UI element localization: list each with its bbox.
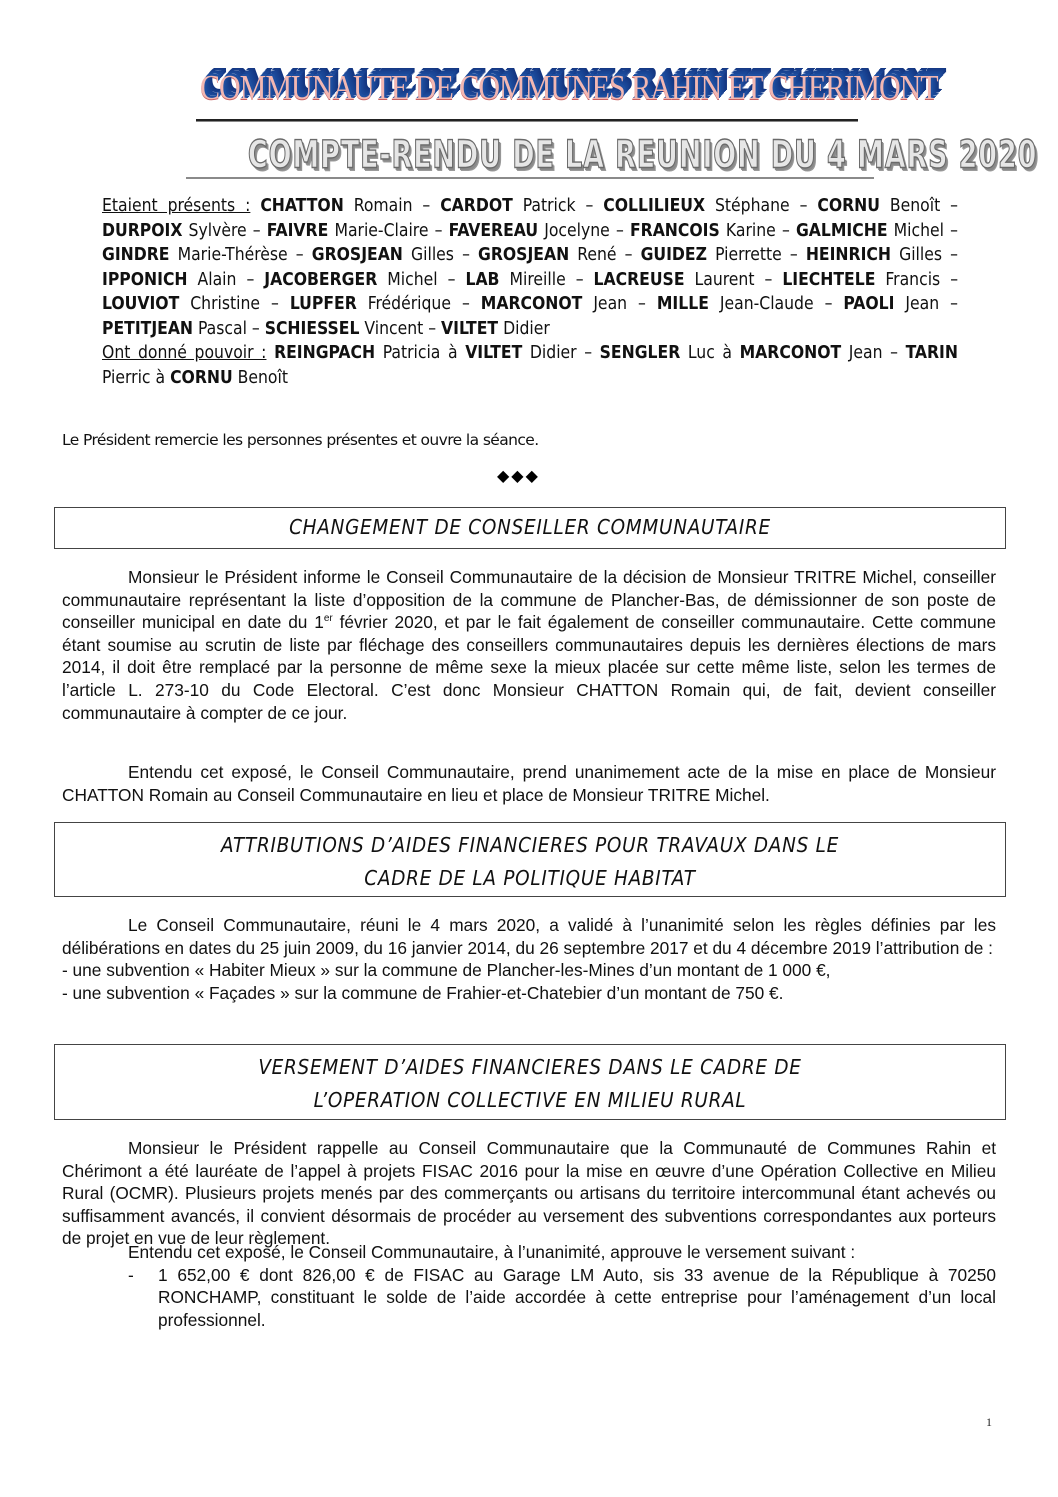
- page-number: 1: [986, 1415, 992, 1430]
- payment-text: 1 652,00 € dont 826,00 € de FISAC au Gar…: [158, 1264, 996, 1332]
- proxy-from-name: SENGLER: [600, 343, 681, 363]
- member-last-name: LUPFER: [290, 294, 357, 314]
- list-dash: -: [128, 1264, 158, 1332]
- document-page: COMMUNAUTE DE COMMUNES RAHIN ET CHERIMON…: [0, 0, 1058, 1497]
- member-last-name: GINDRE: [102, 245, 169, 265]
- member-last-name: CORNU: [817, 196, 880, 216]
- section-title-line: VERSEMENT D’AIDES FINANCIERES DANS LE CA…: [93, 1051, 967, 1084]
- paragraph-text: Entendu cet exposé, le Conseil Communaut…: [62, 1241, 996, 1264]
- paragraph-text: Monsieur le Président rappelle au Consei…: [62, 1137, 996, 1250]
- member-last-name: LACREUSE: [594, 270, 685, 290]
- section-heading-habitat: ATTRIBUTIONS D’AIDES FINANCIERES POUR TR…: [54, 822, 1006, 897]
- proxy-to-name: VILTET: [465, 343, 522, 363]
- section-title-line: CHANGEMENT DE CONSEILLER COMMUNAUTAIRE: [93, 515, 967, 539]
- member-last-name: IPPONICH: [102, 270, 188, 290]
- member-last-name: SCHIESSEL: [265, 319, 360, 339]
- diamond-separator-icon: ◆◆◆: [497, 466, 540, 485]
- member-last-name: FAVEREAU: [449, 221, 538, 241]
- title-divider: [186, 177, 874, 179]
- organization-banner: COMMUNAUTE DE COMMUNES RAHIN ET CHERIMON…: [200, 63, 858, 114]
- attendance-block: Etaient présents : CHATTON Romain – CARD…: [102, 194, 958, 390]
- proxy-to-name: MARCONOT: [740, 343, 842, 363]
- member-last-name: GROSJEAN: [312, 245, 403, 265]
- superscript: er: [324, 613, 333, 624]
- member-last-name: FRANCOIS: [630, 221, 720, 241]
- present-list: Etaient présents : CHATTON Romain – CARD…: [102, 194, 958, 341]
- member-last-name: GALMICHE: [796, 221, 888, 241]
- paragraph-text: Entendu cet exposé, le Conseil Communaut…: [62, 761, 996, 806]
- subsidy-list: - une subvention « Habiter Mieux » sur l…: [62, 959, 996, 1004]
- member-last-name: GROSJEAN: [478, 245, 569, 265]
- subsidy-item: - une subvention « Habiter Mieux » sur l…: [62, 959, 996, 982]
- proxy-from-name: TARIN: [906, 343, 958, 363]
- section-paragraph: Entendu cet exposé, le Conseil Communaut…: [62, 1241, 996, 1331]
- section-heading-ocmr: VERSEMENT D’AIDES FINANCIERES DANS LE CA…: [54, 1044, 1006, 1120]
- member-last-name: CARDOT: [440, 196, 513, 216]
- member-last-name: CHATTON: [260, 196, 343, 216]
- section-paragraph: Monsieur le Président informe le Conseil…: [62, 566, 996, 724]
- member-last-name: JACOBERGER: [264, 270, 377, 290]
- section-paragraph: Monsieur le Président rappelle au Consei…: [62, 1137, 996, 1250]
- paragraph-text: Monsieur le Président informe le Conseil…: [62, 566, 996, 724]
- banner-divider: [196, 119, 858, 122]
- member-last-name: MILLE: [657, 294, 709, 314]
- report-title: COMPTE-RENDU DE LA REUNION DU 4 MARS 202…: [248, 131, 812, 179]
- section-title-line: L’OPERATION COLLECTIVE EN MILIEU RURAL: [93, 1084, 967, 1117]
- payment-item: - 1 652,00 € dont 826,00 € de FISAC au G…: [128, 1264, 996, 1332]
- opening-statement: Le Président remercie les personnes prés…: [62, 431, 539, 449]
- section-heading-conseiller: CHANGEMENT DE CONSEILLER COMMUNAUTAIRE: [54, 507, 1006, 549]
- proxy-from-name: REINGPACH: [274, 343, 375, 363]
- present-label: Etaient présents :: [102, 196, 250, 216]
- proxy-label: Ont donné pouvoir :: [102, 343, 266, 363]
- section-title-line: CADRE DE LA POLITIQUE HABITAT: [93, 862, 967, 895]
- member-last-name: LAB: [465, 270, 499, 290]
- member-last-name: HEINRICH: [806, 245, 891, 265]
- member-last-name: FAIVRE: [267, 221, 328, 241]
- member-last-name: PAOLI: [843, 294, 894, 314]
- member-last-name: VILTET: [441, 319, 498, 339]
- member-last-name: COLLILIEUX: [603, 196, 705, 216]
- subsidy-item: - une subvention « Façades » sur la comm…: [62, 982, 996, 1005]
- member-last-name: DURPOIX: [102, 221, 182, 241]
- proxy-to-name: CORNU: [170, 368, 233, 388]
- member-last-name: LIECHTELE: [782, 270, 875, 290]
- section-paragraph: Entendu cet exposé, le Conseil Communaut…: [62, 761, 996, 806]
- section-title-line: ATTRIBUTIONS D’AIDES FINANCIERES POUR TR…: [93, 829, 967, 862]
- section-paragraph: Le Conseil Communautaire, réuni le 4 mar…: [62, 914, 996, 1004]
- paragraph-text: Le Conseil Communautaire, réuni le 4 mar…: [62, 914, 996, 959]
- member-last-name: LOUVIOT: [102, 294, 179, 314]
- member-last-name: GUIDEZ: [641, 245, 707, 265]
- present-names: CHATTON Romain – CARDOT Patrick – COLLIL…: [102, 196, 958, 339]
- member-last-name: MARCONOT: [481, 294, 583, 314]
- member-last-name: PETITJEAN: [102, 319, 193, 339]
- proxy-list: Ont donné pouvoir : REINGPACH Patricia à…: [102, 341, 958, 390]
